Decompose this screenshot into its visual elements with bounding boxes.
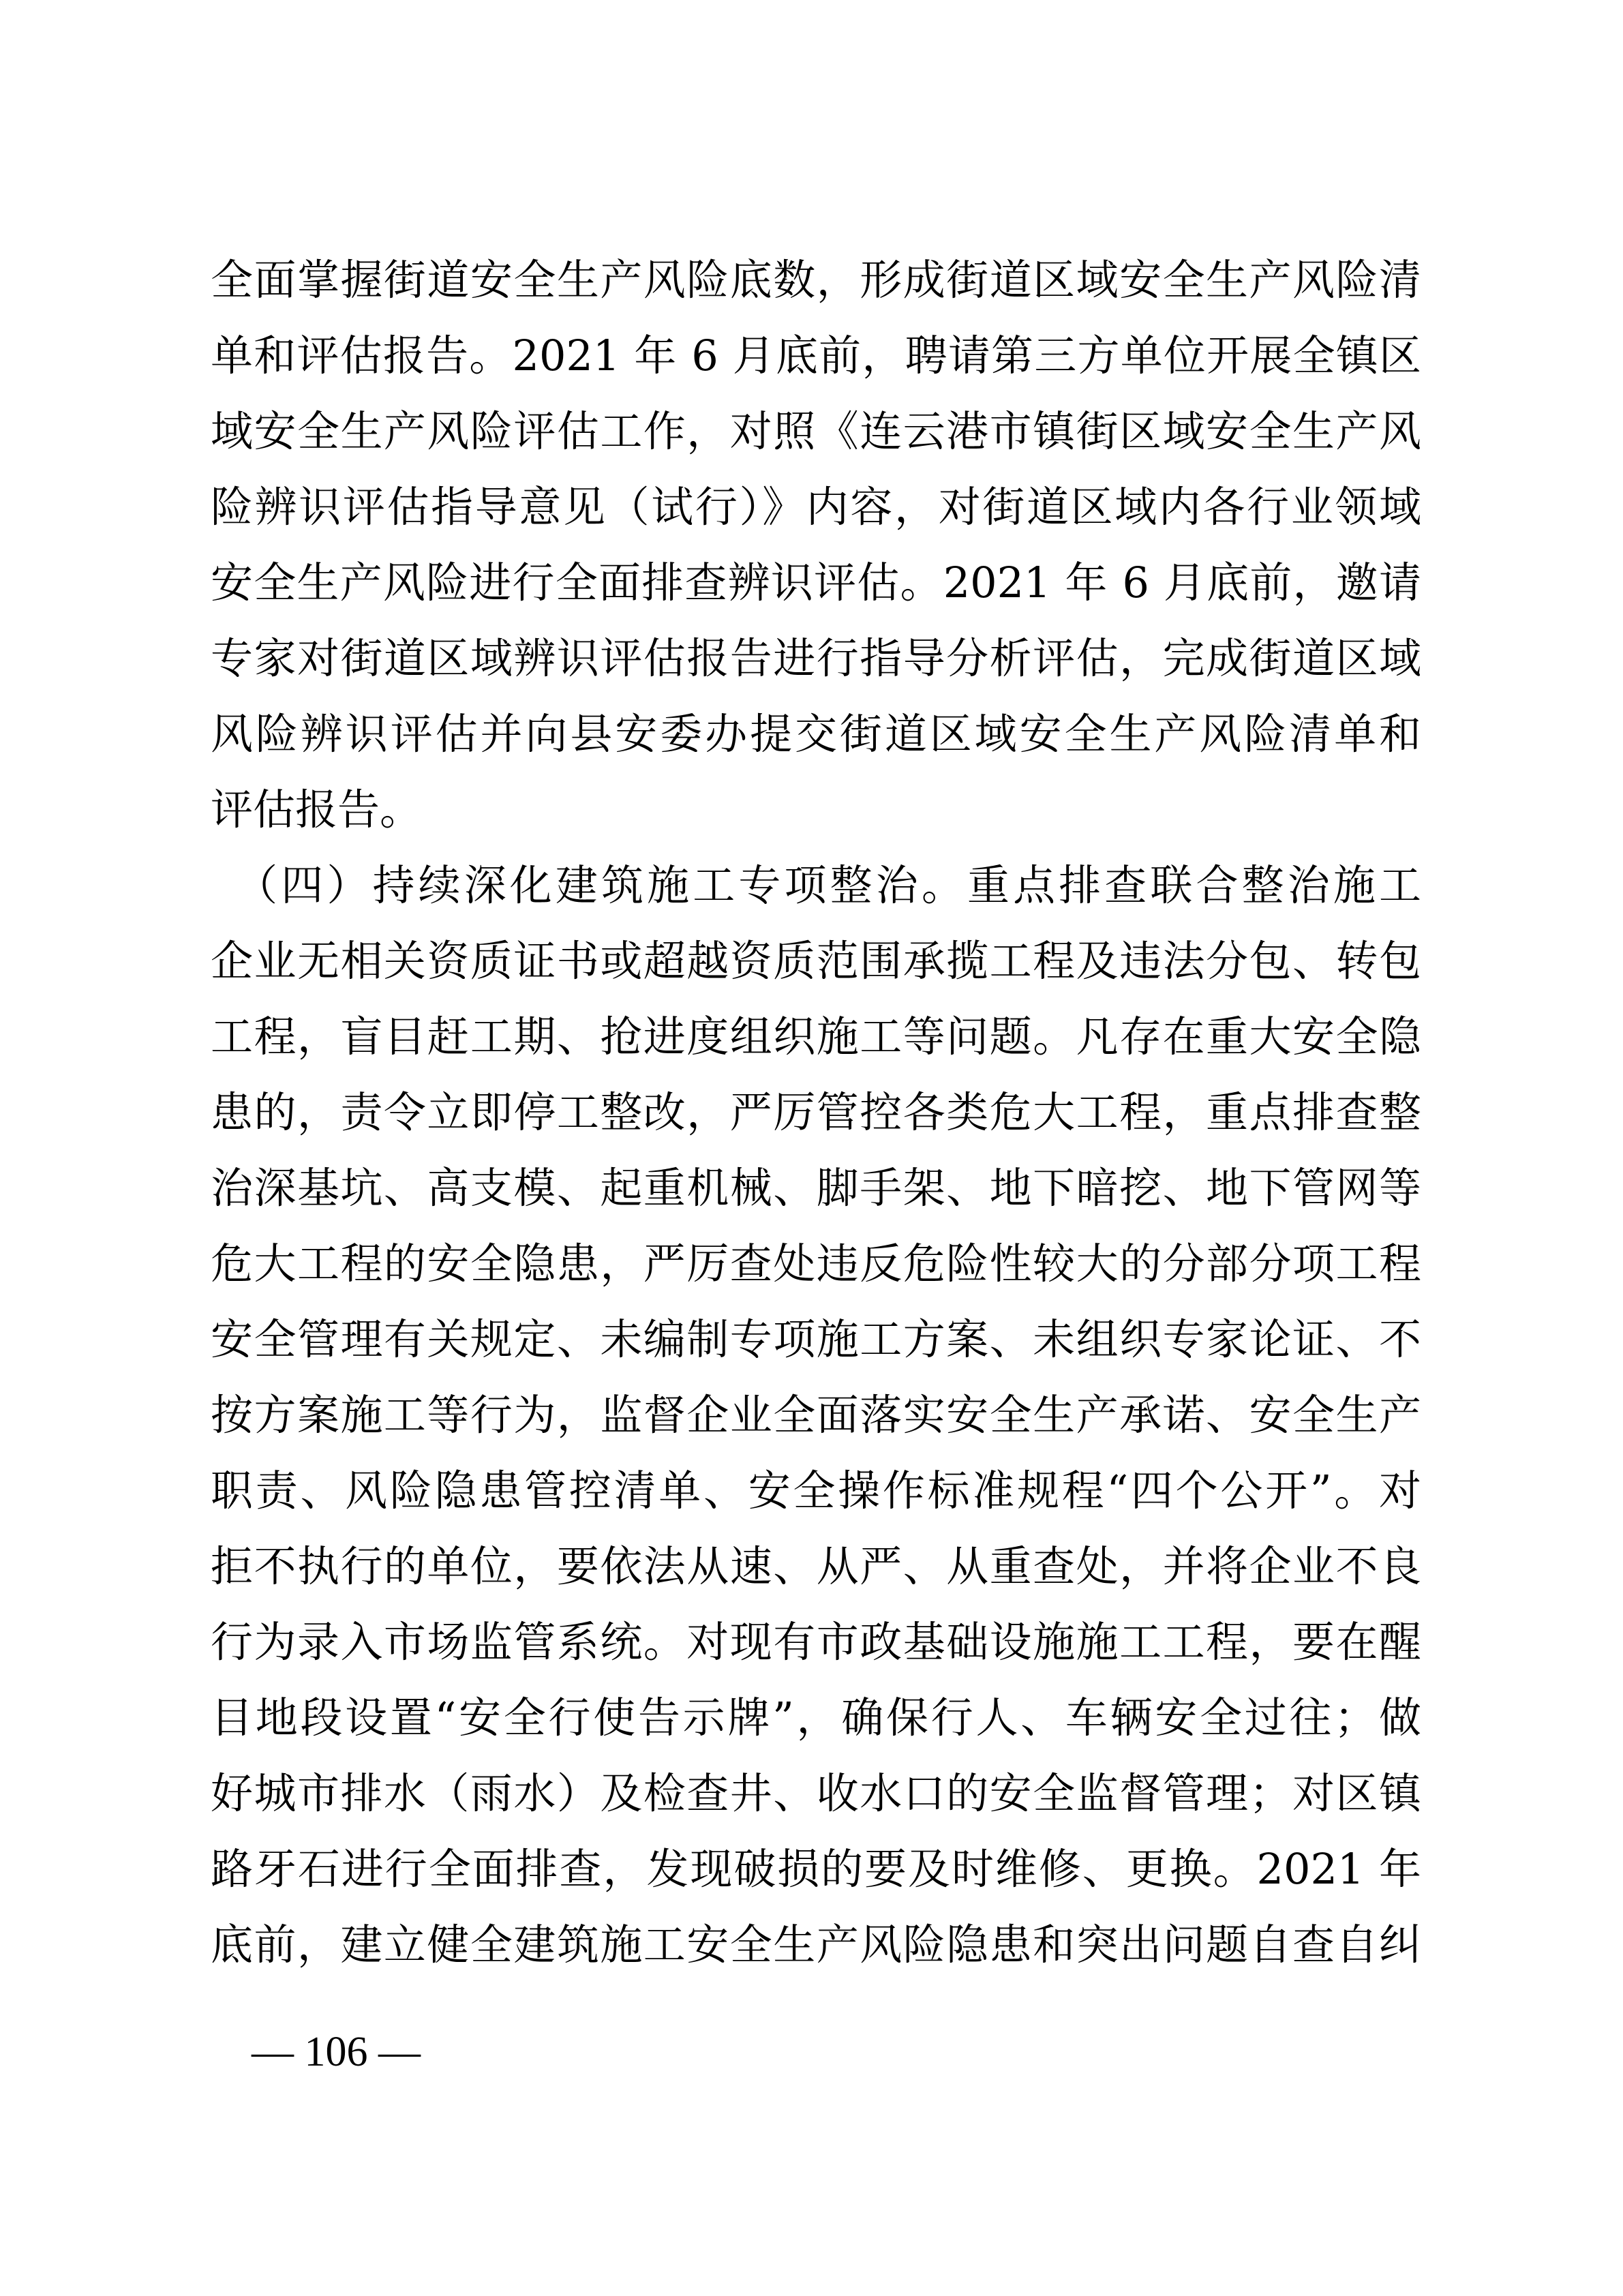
text-line: 危大工程的安全隐患，严厉查处违反危险性较大的分部分项工程 bbox=[211, 1226, 1421, 1301]
text-line: 工程，盲目赶工期、抢进度组织施工等问题。凡存在重大安全隐 bbox=[211, 999, 1421, 1074]
text-line: 按方案施工等行为，监督企业全面落实安全生产承诺、安全生产 bbox=[211, 1377, 1421, 1453]
text-line: 路牙石进行全面排查，发现破损的要及时维修、更换。2021 年 bbox=[211, 1831, 1421, 1907]
text-line: 专家对街道区域辨识评估报告进行指导分析评估，完成街道区域 bbox=[211, 620, 1421, 696]
body-text: 全面掌握街道安全生产风险底数，形成街道区域安全生产风险清 单和评估报告。2021… bbox=[211, 242, 1421, 1982]
text-line: 评估报告。 bbox=[211, 772, 1421, 847]
text-line: 全面掌握街道安全生产风险底数，形成街道区域安全生产风险清 bbox=[211, 242, 1421, 318]
text-line: 风险辨识评估并向县安委办提交街道区域安全生产风险清单和 bbox=[211, 696, 1421, 772]
text-line: 险辨识评估指导意见（试行）》内容，对街道区域内各行业领域 bbox=[211, 469, 1421, 545]
text-line: 安全管理有关规定、未编制专项施工方案、未组织专家论证、不 bbox=[211, 1301, 1421, 1377]
text-line: 企业无相关资质证书或超越资质范围承揽工程及违法分包、转包 bbox=[211, 923, 1421, 999]
text-line: 拒不执行的单位，要依法从速、从严、从重查处，并将企业不良 bbox=[211, 1528, 1421, 1604]
text-line: 职责、风险隐患管控清单、安全操作标准规程“四个公开”。对 bbox=[211, 1453, 1421, 1528]
document-page: 全面掌握街道安全生产风险底数，形成街道区域安全生产风险清 单和评估报告。2021… bbox=[0, 0, 1623, 2296]
text-line: 治深基坑、高支模、起重机械、脚手架、地下暗挖、地下管网等 bbox=[211, 1150, 1421, 1226]
text-line: 好城市排水（雨水）及检查井、收水口的安全监督管理；对区镇 bbox=[211, 1755, 1421, 1831]
page-number: — 106 — bbox=[252, 2028, 421, 2076]
text-line: 行为录入市场监管系统。对现有市政基础设施施工工程，要在醒 bbox=[211, 1604, 1421, 1680]
text-line: 域安全生产风险评估工作，对照《连云港市镇街区域安全生产风 bbox=[211, 393, 1421, 469]
text-line: 患的，责令立即停工整改，严厉管控各类危大工程，重点排查整 bbox=[211, 1074, 1421, 1150]
text-line: 单和评估报告。2021 年 6 月底前，聘请第三方单位开展全镇区 bbox=[211, 318, 1421, 393]
section-heading-line: （四）持续深化建筑施工专项整治。重点排查联合整治施工 bbox=[211, 847, 1421, 923]
text-line: 安全生产风险进行全面排查辨识评估。2021 年 6 月底前，邀请 bbox=[211, 545, 1421, 620]
text-line: 目地段设置“安全行使告示牌”，确保行人、车辆安全过往；做 bbox=[211, 1680, 1421, 1755]
text-line: 底前，建立健全建筑施工安全生产风险隐患和突出问题自查自纠 bbox=[211, 1907, 1421, 1982]
